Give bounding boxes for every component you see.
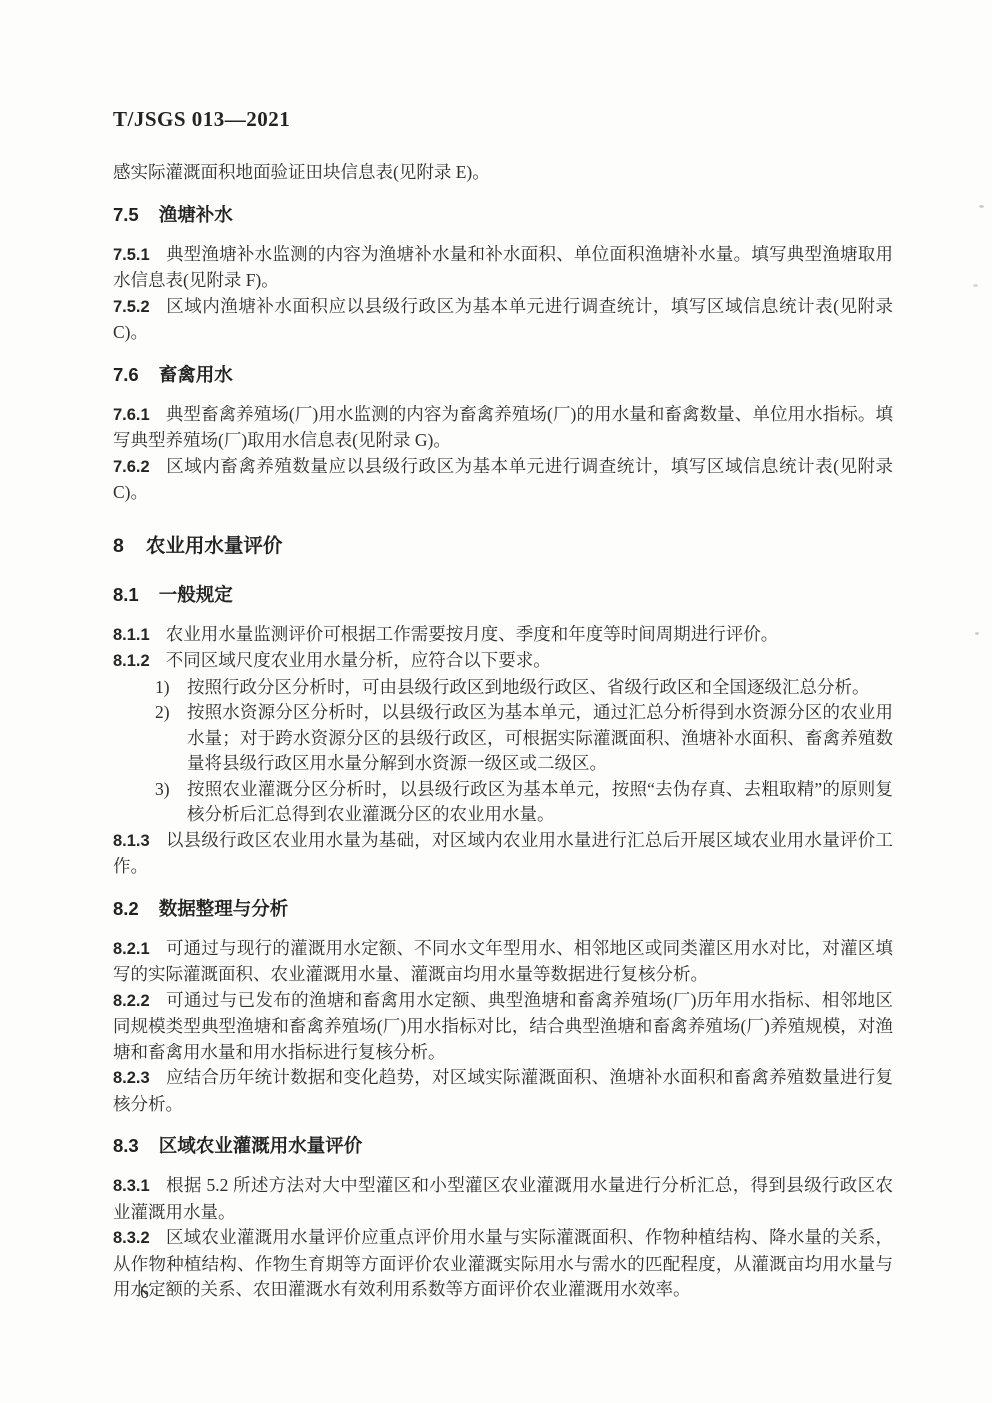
clause-number: 8.2.2 xyxy=(113,992,150,1010)
clause-number: 7.6.1 xyxy=(113,406,150,424)
section-heading-7-6: 7.6畜禽用水 xyxy=(113,362,893,388)
list-item-2: 2)按照水资源分区分析时，以县级行政区为基本单元，通过汇总分析得到水资源分区的农… xyxy=(113,700,893,777)
section-heading-8-2: 8.2数据整理与分析 xyxy=(113,896,893,922)
clause-number: 8.1.2 xyxy=(113,652,150,670)
section-number: 7.5 xyxy=(113,204,139,225)
clause-number: 8.3.2 xyxy=(113,1229,150,1247)
clause-8-3-1: 8.3.1根据 5.2 所述方法对大中型灌区和小型灌区农业灌溉用水量进行分析汇总… xyxy=(113,1173,893,1225)
clause-text: 根据 5.2 所述方法对大中型灌区和小型灌区农业灌溉用水量进行分析汇总，得到县级… xyxy=(113,1175,893,1222)
clause-8-3-2: 8.3.2区域农业灌溉用水量评价应重点评价用水量与实际灌溉面积、作物种植结构、降… xyxy=(113,1225,893,1303)
clause-7-5-2: 7.5.2区域内渔塘补水面积应以县级行政区为基本单元进行调查统计，填写区域信息统… xyxy=(113,294,893,346)
clause-8-1-1: 8.1.1农业用水量监测评价可根据工作需要按月度、季度和年度等时间周期进行评价。 xyxy=(113,622,893,649)
page-content: T/JSGS 013—2021 感实际灌溉面积地面验证田块信息表(见附录 E)。… xyxy=(113,106,893,1303)
section-heading-8-1: 8.1一般规定 xyxy=(113,582,893,608)
clause-8-2-3: 8.2.3应结合历年统计数据和变化趋势，对区域实际灌溉面积、渔塘补水面积和畜禽养… xyxy=(113,1065,893,1117)
clause-number: 8.3.1 xyxy=(113,1177,150,1195)
section-title: 区域农业灌溉用水量评价 xyxy=(159,1135,363,1156)
clause-text: 可通过与现行的灌溉用水定额、不同水文年型用水、相邻地区或同类灌区用水对比，对灌区… xyxy=(113,938,893,985)
section-title: 畜禽用水 xyxy=(159,364,233,385)
chapter-heading-8: 8农业用水量评价 xyxy=(113,533,893,559)
section-number: 8.2 xyxy=(113,898,139,919)
clause-text: 以县级行政区农业用水量为基础，对区域内农业用水量进行汇总后开展区域农业用水量评价… xyxy=(113,830,893,877)
clause-number: 8.1.3 xyxy=(113,832,150,850)
clause-number: 8.2.3 xyxy=(113,1069,150,1087)
document-standard-number: T/JSGS 013—2021 xyxy=(113,106,893,132)
clause-7-5-1: 7.5.1典型渔塘补水监测的内容为渔塘补水量和补水面积、单位面积渔塘补水量。填写… xyxy=(113,242,893,294)
clause-text: 区域农业灌溉用水量评价应重点评价用水量与实际灌溉面积、作物种植结构、降水量的关系… xyxy=(113,1227,893,1299)
clause-text: 区域内畜禽养殖数量应以县级行政区为基本单元进行调查统计，填写区域信息统计表(见附… xyxy=(113,456,893,503)
section-number: 8.3 xyxy=(113,1135,139,1156)
clause-8-1-2: 8.1.2不同区域尺度农业用水量分析，应符合以下要求。 xyxy=(113,648,893,675)
section-heading-8-3: 8.3区域农业灌溉用水量评价 xyxy=(113,1133,893,1159)
clause-8-2-2: 8.2.2可通过与已发布的渔塘和畜禽用水定额、典型渔塘和畜禽养殖场(厂)历年用水… xyxy=(113,988,893,1066)
paragraph-continuation: 感实际灌溉面积地面验证田块信息表(见附录 E)。 xyxy=(113,160,893,186)
section-title: 渔塘补水 xyxy=(159,204,233,225)
scanned-document-page: T/JSGS 013—2021 感实际灌溉面积地面验证田块信息表(见附录 E)。… xyxy=(0,0,992,1403)
clause-number: 7.6.2 xyxy=(113,458,150,476)
clause-7-6-1: 7.6.1典型畜禽养殖场(厂)用水监测的内容为畜禽养殖场(厂)的用水量和畜禽数量… xyxy=(113,402,893,454)
clause-text: 区域内渔塘补水面积应以县级行政区为基本单元进行调查统计，填写区域信息统计表(见附… xyxy=(113,296,893,343)
chapter-title: 农业用水量评价 xyxy=(146,535,283,557)
section-number: 7.6 xyxy=(113,364,139,385)
section-number: 8.1 xyxy=(113,584,139,605)
chapter-number: 8 xyxy=(113,535,124,557)
clause-8-1-3: 8.1.3以县级行政区农业用水量为基础，对区域内农业用水量进行汇总后开展区域农业… xyxy=(113,828,893,880)
clause-number: 7.5.2 xyxy=(113,298,150,316)
section-heading-7-5: 7.5渔塘补水 xyxy=(113,202,893,228)
clause-number: 8.1.1 xyxy=(113,626,150,644)
list-item-3: 3)按照农业灌溉分区分析时，以县级行政区为基本单元，按照“去伪存真、去粗取精”的… xyxy=(113,777,893,828)
clause-number: 7.5.1 xyxy=(113,246,150,264)
clause-text: 典型畜禽养殖场(厂)用水监测的内容为畜禽养殖场(厂)的用水量和畜禽数量、单位用水… xyxy=(113,404,893,451)
scan-speck xyxy=(975,632,979,635)
scan-speck xyxy=(979,205,984,208)
list-marker: 3) xyxy=(155,777,170,803)
list-item-1: 1)按照行政分区分析时，可由县级行政区到地级行政区、省级行政区和全国逐级汇总分析… xyxy=(113,675,893,701)
clause-text: 不同区域尺度农业用水量分析，应符合以下要求。 xyxy=(166,650,551,670)
list-marker: 2) xyxy=(155,700,170,726)
clause-text: 农业用水量监测评价可根据工作需要按月度、季度和年度等时间周期进行评价。 xyxy=(166,624,779,644)
list-marker: 1) xyxy=(155,675,170,701)
list-item-text: 按照行政分区分析时，可由县级行政区到地级行政区、省级行政区和全国逐级汇总分析。 xyxy=(187,677,870,697)
page-number: 6 xyxy=(140,1280,149,1305)
list-item-text: 按照农业灌溉分区分析时，以县级行政区为基本单元，按照“去伪存真、去粗取精”的原则… xyxy=(187,779,893,825)
section-title: 一般规定 xyxy=(159,584,233,605)
clause-7-6-2: 7.6.2区域内畜禽养殖数量应以县级行政区为基本单元进行调查统计，填写区域信息统… xyxy=(113,454,893,506)
clause-number: 8.2.1 xyxy=(113,940,150,958)
section-title: 数据整理与分析 xyxy=(159,898,289,919)
list-item-text: 按照水资源分区分析时，以县级行政区为基本单元，通过汇总分析得到水资源分区的农业用… xyxy=(187,702,893,773)
scan-speck xyxy=(973,284,978,287)
clause-text: 典型渔塘补水监测的内容为渔塘补水量和补水面积、单位面积渔塘补水量。填写典型渔塘取… xyxy=(113,244,893,291)
clause-text: 应结合历年统计数据和变化趋势，对区域实际灌溉面积、渔塘补水面积和畜禽养殖数量进行… xyxy=(113,1067,893,1114)
clause-text: 可通过与已发布的渔塘和畜禽用水定额、典型渔塘和畜禽养殖场(厂)历年用水指标、相邻… xyxy=(113,990,893,1062)
clause-8-2-1: 8.2.1可通过与现行的灌溉用水定额、不同水文年型用水、相邻地区或同类灌区用水对… xyxy=(113,936,893,988)
